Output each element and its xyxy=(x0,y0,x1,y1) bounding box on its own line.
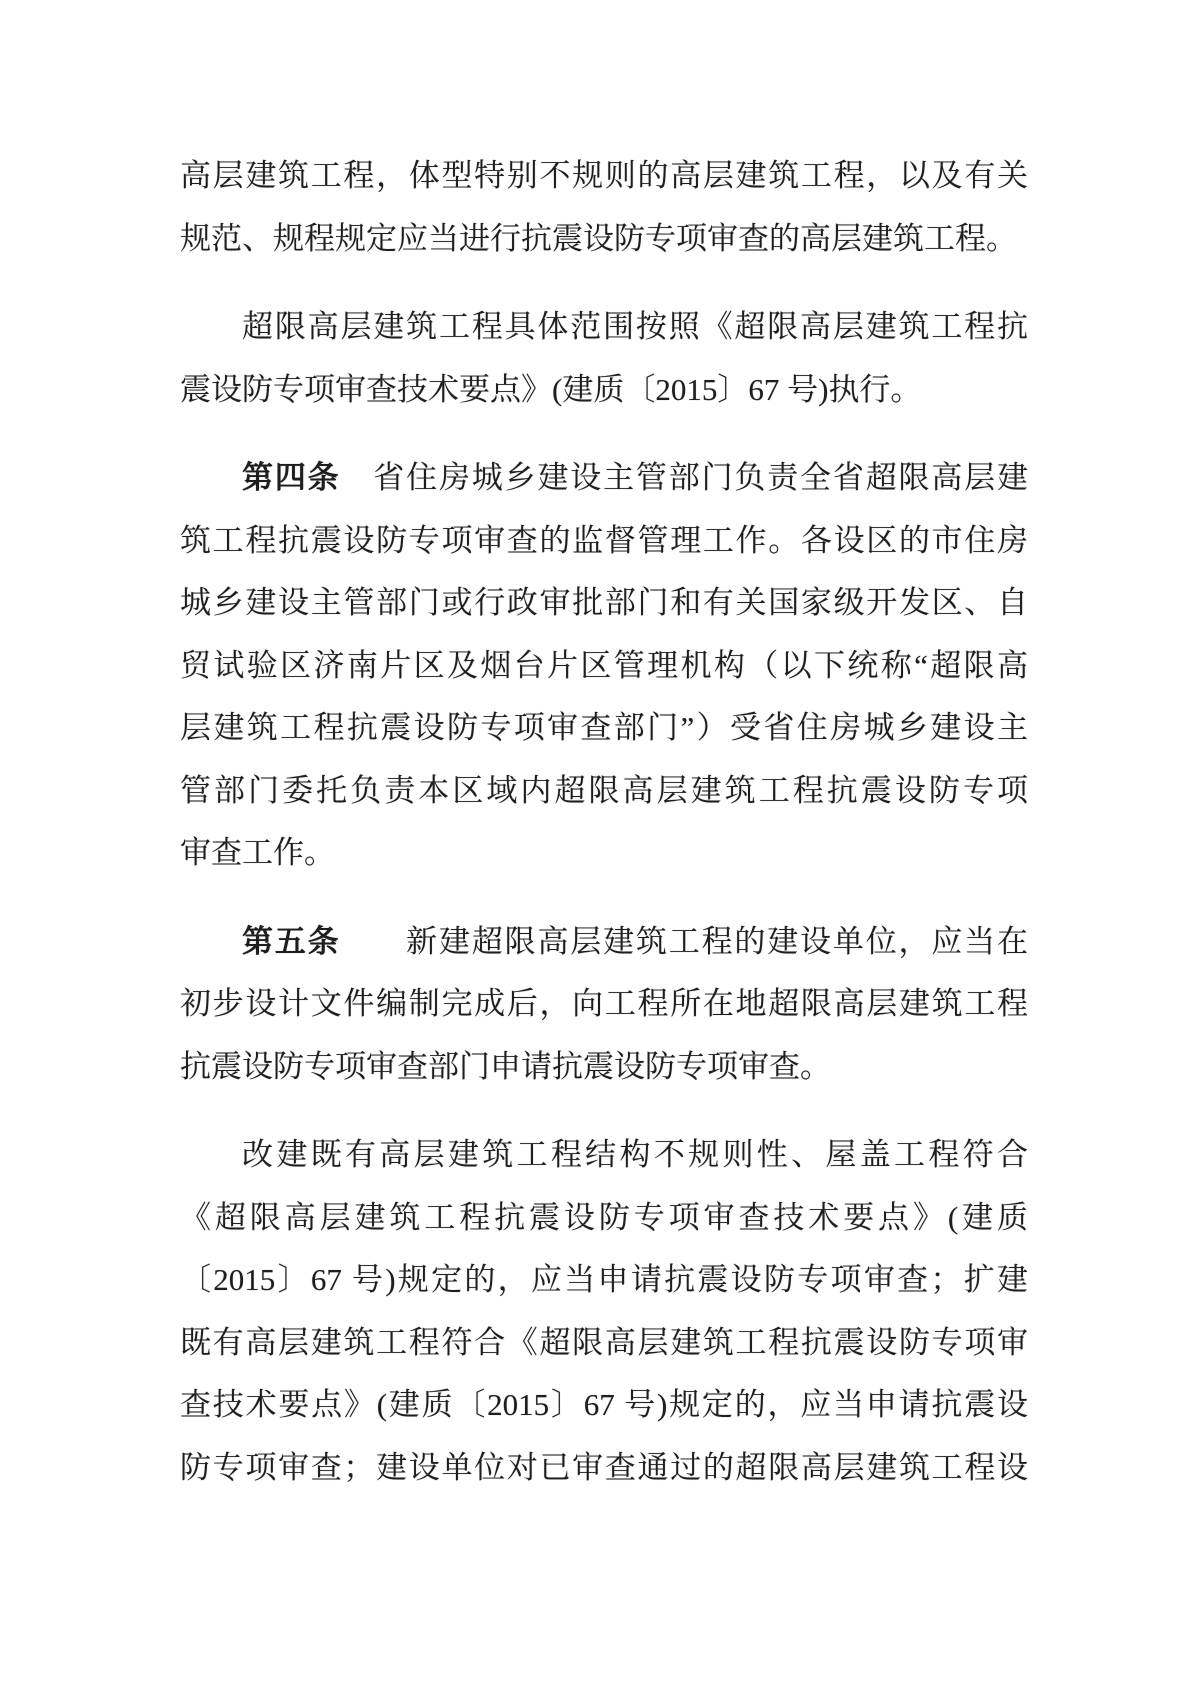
text-line: 查技术要点》(建质〔2015〕67 号)规定的，应当申请抗震设 xyxy=(180,1374,1028,1437)
text-line: 筑工程抗震设防专项审查的监督管理工作。各设区的市住房 xyxy=(180,510,1028,573)
document-page: 高层建筑工程，体型特别不规则的高层建筑工程，以及有关 规范、规程规定应当进行抗震… xyxy=(0,0,1200,1697)
paragraph-rebuild-extend: 改建既有高层建筑工程结构不规则性、屋盖工程符合 《超限高层建筑工程抗震设防专项审… xyxy=(180,1124,1028,1499)
text-run: 新建超限高层建筑工程的建设单位，应当在 xyxy=(340,924,1028,959)
text-line: 抗震设防专项审查部门申请抗震设防专项审查。 xyxy=(180,1036,1028,1099)
text-line: 〔2015〕67 号)规定的，应当申请抗震设防专项审查；扩建 xyxy=(180,1249,1028,1312)
paragraph-article-5: 第五条 新建超限高层建筑工程的建设单位，应当在 初步设计文件编制完成后，向工程所… xyxy=(180,911,1028,1099)
paragraph-scope: 超限高层建筑工程具体范围按照《超限高层建筑工程抗 震设防专项审查技术要点》(建质… xyxy=(180,296,1028,421)
text-line: 第五条 新建超限高层建筑工程的建设单位，应当在 xyxy=(180,911,1028,974)
text-line: 第四条 省住房城乡建设主管部门负责全省超限高层建 xyxy=(180,447,1028,510)
text-line: 审查工作。 xyxy=(180,822,1028,885)
text-line: 层建筑工程抗震设防专项审查部门”）受省住房城乡建设主 xyxy=(180,697,1028,760)
text-line: 既有高层建筑工程符合《超限高层建筑工程抗震设防专项审 xyxy=(180,1312,1028,1375)
text-line: 管部门委托负责本区域内超限高层建筑工程抗震设防专项 xyxy=(180,760,1028,823)
document-text-block: 高层建筑工程，体型特别不规则的高层建筑工程，以及有关 规范、规程规定应当进行抗震… xyxy=(180,145,1028,1499)
text-line: 初步设计文件编制完成后，向工程所在地超限高层建筑工程 xyxy=(180,973,1028,1036)
text-run: 省住房城乡建设主管部门负责全省超限高层建 xyxy=(340,460,1028,495)
paragraph-continuation: 高层建筑工程，体型特别不规则的高层建筑工程，以及有关 规范、规程规定应当进行抗震… xyxy=(180,145,1028,270)
text-line: 超限高层建筑工程具体范围按照《超限高层建筑工程抗 xyxy=(180,296,1028,359)
article-number-label: 第四条 xyxy=(242,460,340,495)
text-line: 规范、规程规定应当进行抗震设防专项审查的高层建筑工程。 xyxy=(180,208,1028,271)
article-number-label: 第五条 xyxy=(242,924,340,959)
text-line: 防专项审查；建设单位对已审查通过的超限高层建筑工程设 xyxy=(180,1437,1028,1500)
text-line: 改建既有高层建筑工程结构不规则性、屋盖工程符合 xyxy=(180,1124,1028,1187)
text-line: 《超限高层建筑工程抗震设防专项审查技术要点》(建质 xyxy=(180,1187,1028,1250)
text-line: 城乡建设主管部门或行政审批部门和有关国家级开发区、自 xyxy=(180,572,1028,635)
text-line: 高层建筑工程，体型特别不规则的高层建筑工程，以及有关 xyxy=(180,145,1028,208)
paragraph-article-4: 第四条 省住房城乡建设主管部门负责全省超限高层建 筑工程抗震设防专项审查的监督管… xyxy=(180,447,1028,885)
text-line: 贸试验区济南片区及烟台片区管理机构（以下统称“超限高 xyxy=(180,635,1028,698)
text-line: 震设防专项审查技术要点》(建质〔2015〕67 号)执行。 xyxy=(180,359,1028,422)
